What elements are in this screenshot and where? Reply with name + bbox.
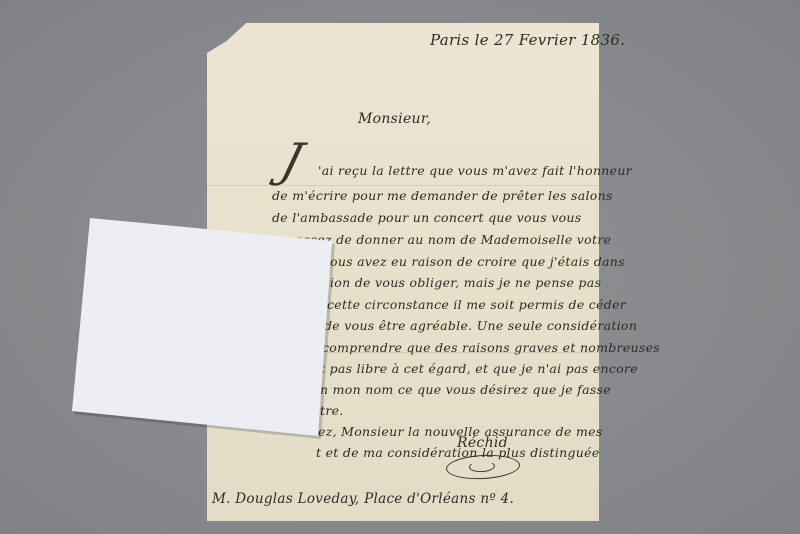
letter-line: de m'écrire pour me demander de prêter l… [272,188,613,203]
letter-dateline: Paris le 27 Fevrier 1836. [430,31,625,49]
letter-salutation: Monsieur, [358,111,431,127]
letter-line: ion de vous obliger, mais je ne pense pa… [330,275,601,290]
letter-line: de vous être agréable. Une seule considé… [324,318,637,333]
letter-line: cette circonstance il me soit permis de … [327,297,626,312]
letter-line: 'ai reçu la lettre que vous m'avez fait … [318,163,632,178]
letter-line: n mon nom ce que vous désirez que je fas… [320,382,611,397]
letter-line: comprendre que des raisons graves et nom… [322,340,660,355]
letter-line: de l'ambassade pour un concert que vous … [272,210,581,225]
signature: Réchid [457,435,508,451]
letter-line: ous avez eu raison de croire que j'étais… [330,254,625,269]
letter-line: t pas libre à cet égard, et que je n'ai … [320,361,638,376]
letter-line: tre. [320,403,344,418]
paper-fold-line [207,185,599,186]
addressee-line: M. Douglas Loveday, Place d'Orléans nº 4… [212,491,514,507]
